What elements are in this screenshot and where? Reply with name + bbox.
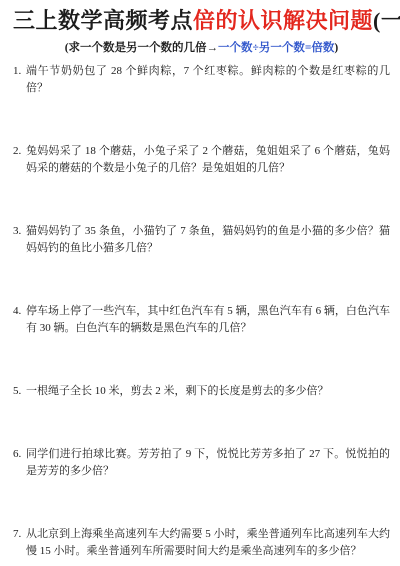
question-text: 端午节奶奶包了 28 个鲜肉粽，7 个红枣粽。鲜肉粽的个数是红枣粽的几倍？ [26,63,390,97]
question-number: 3. [13,223,26,240]
question-number: 6. [13,446,26,463]
page-title: 三上数学高频考点倍的认识解决问题(一) [13,6,390,36]
question-number: 5. [13,383,26,400]
question-item: 1. 端午节奶奶包了 28 个鲜肉粽，7 个红枣粽。鲜肉粽的个数是红枣粽的几倍？ [13,63,390,97]
worksheet-page: 三上数学高频考点倍的认识解决问题(一) (求一个数是另一个数的几倍→一个数÷另一… [0,0,400,566]
question-number: 1. [13,63,26,80]
formula-hint-highlight: 一个数÷另一个数=倍数 [218,42,334,54]
question-number: 4. [13,303,26,320]
question-text: 猫妈妈钓了 35 条鱼，小猫钓了 7 条鱼，猫妈妈钓的鱼是小猫的多少倍？猫妈妈钓… [26,223,390,257]
title-prefix: 三上数学高频考点 [13,8,193,33]
formula-hint: (求一个数是另一个数的几倍→一个数÷另一个数=倍数) [13,40,390,56]
question-number: 7. [13,526,26,543]
formula-hint-prefix: (求一个数是另一个数的几倍→ [65,42,218,54]
question-item: 3. 猫妈妈钓了 35 条鱼，小猫钓了 7 条鱼，猫妈妈钓的鱼是小猫的多少倍？猫… [13,223,390,257]
question-item: 4. 停车场上停了一些汽车，其中红色汽车有 5 辆，黑色汽车有 6 辆，白色汽车… [13,303,390,337]
question-text: 兔妈妈采了 18 个蘑菇，小兔子采了 2 个蘑菇，兔姐姐采了 6 个蘑菇，兔妈妈… [26,143,390,177]
question-item: 6. 同学们进行拍球比赛。芳芳拍了 9 下，悦悦比芳芳多拍了 27 下。悦悦拍的… [13,446,390,480]
question-item: 2. 兔妈妈采了 18 个蘑菇，小兔子采了 2 个蘑菇，兔姐姐采了 6 个蘑菇，… [13,143,390,177]
question-number: 2. [13,143,26,160]
question-item: 7. 从北京到上海乘坐高速列车大约需要 5 小时，乘坐普通列车比高速列车大约慢 … [13,526,390,560]
title-suffix: (一) [373,8,400,33]
question-text: 从北京到上海乘坐高速列车大约需要 5 小时，乘坐普通列车比高速列车大约慢 15 … [26,526,390,560]
question-text: 一根绳子全长 10 米，剪去 2 米，剩下的长度是剪去的多少倍？ [26,383,390,400]
formula-hint-suffix: ) [334,42,338,54]
question-text: 同学们进行拍球比赛。芳芳拍了 9 下，悦悦比芳芳多拍了 27 下。悦悦拍的是芳芳… [26,446,390,480]
title-highlight: 倍的认识解决问题 [193,8,373,33]
question-text: 停车场上停了一些汽车，其中红色汽车有 5 辆，黑色汽车有 6 辆，白色汽车有 3… [26,303,390,337]
question-item: 5. 一根绳子全长 10 米，剪去 2 米，剩下的长度是剪去的多少倍？ [13,383,390,400]
question-list: 1. 端午节奶奶包了 28 个鲜肉粽，7 个红枣粽。鲜肉粽的个数是红枣粽的几倍？… [13,63,390,560]
